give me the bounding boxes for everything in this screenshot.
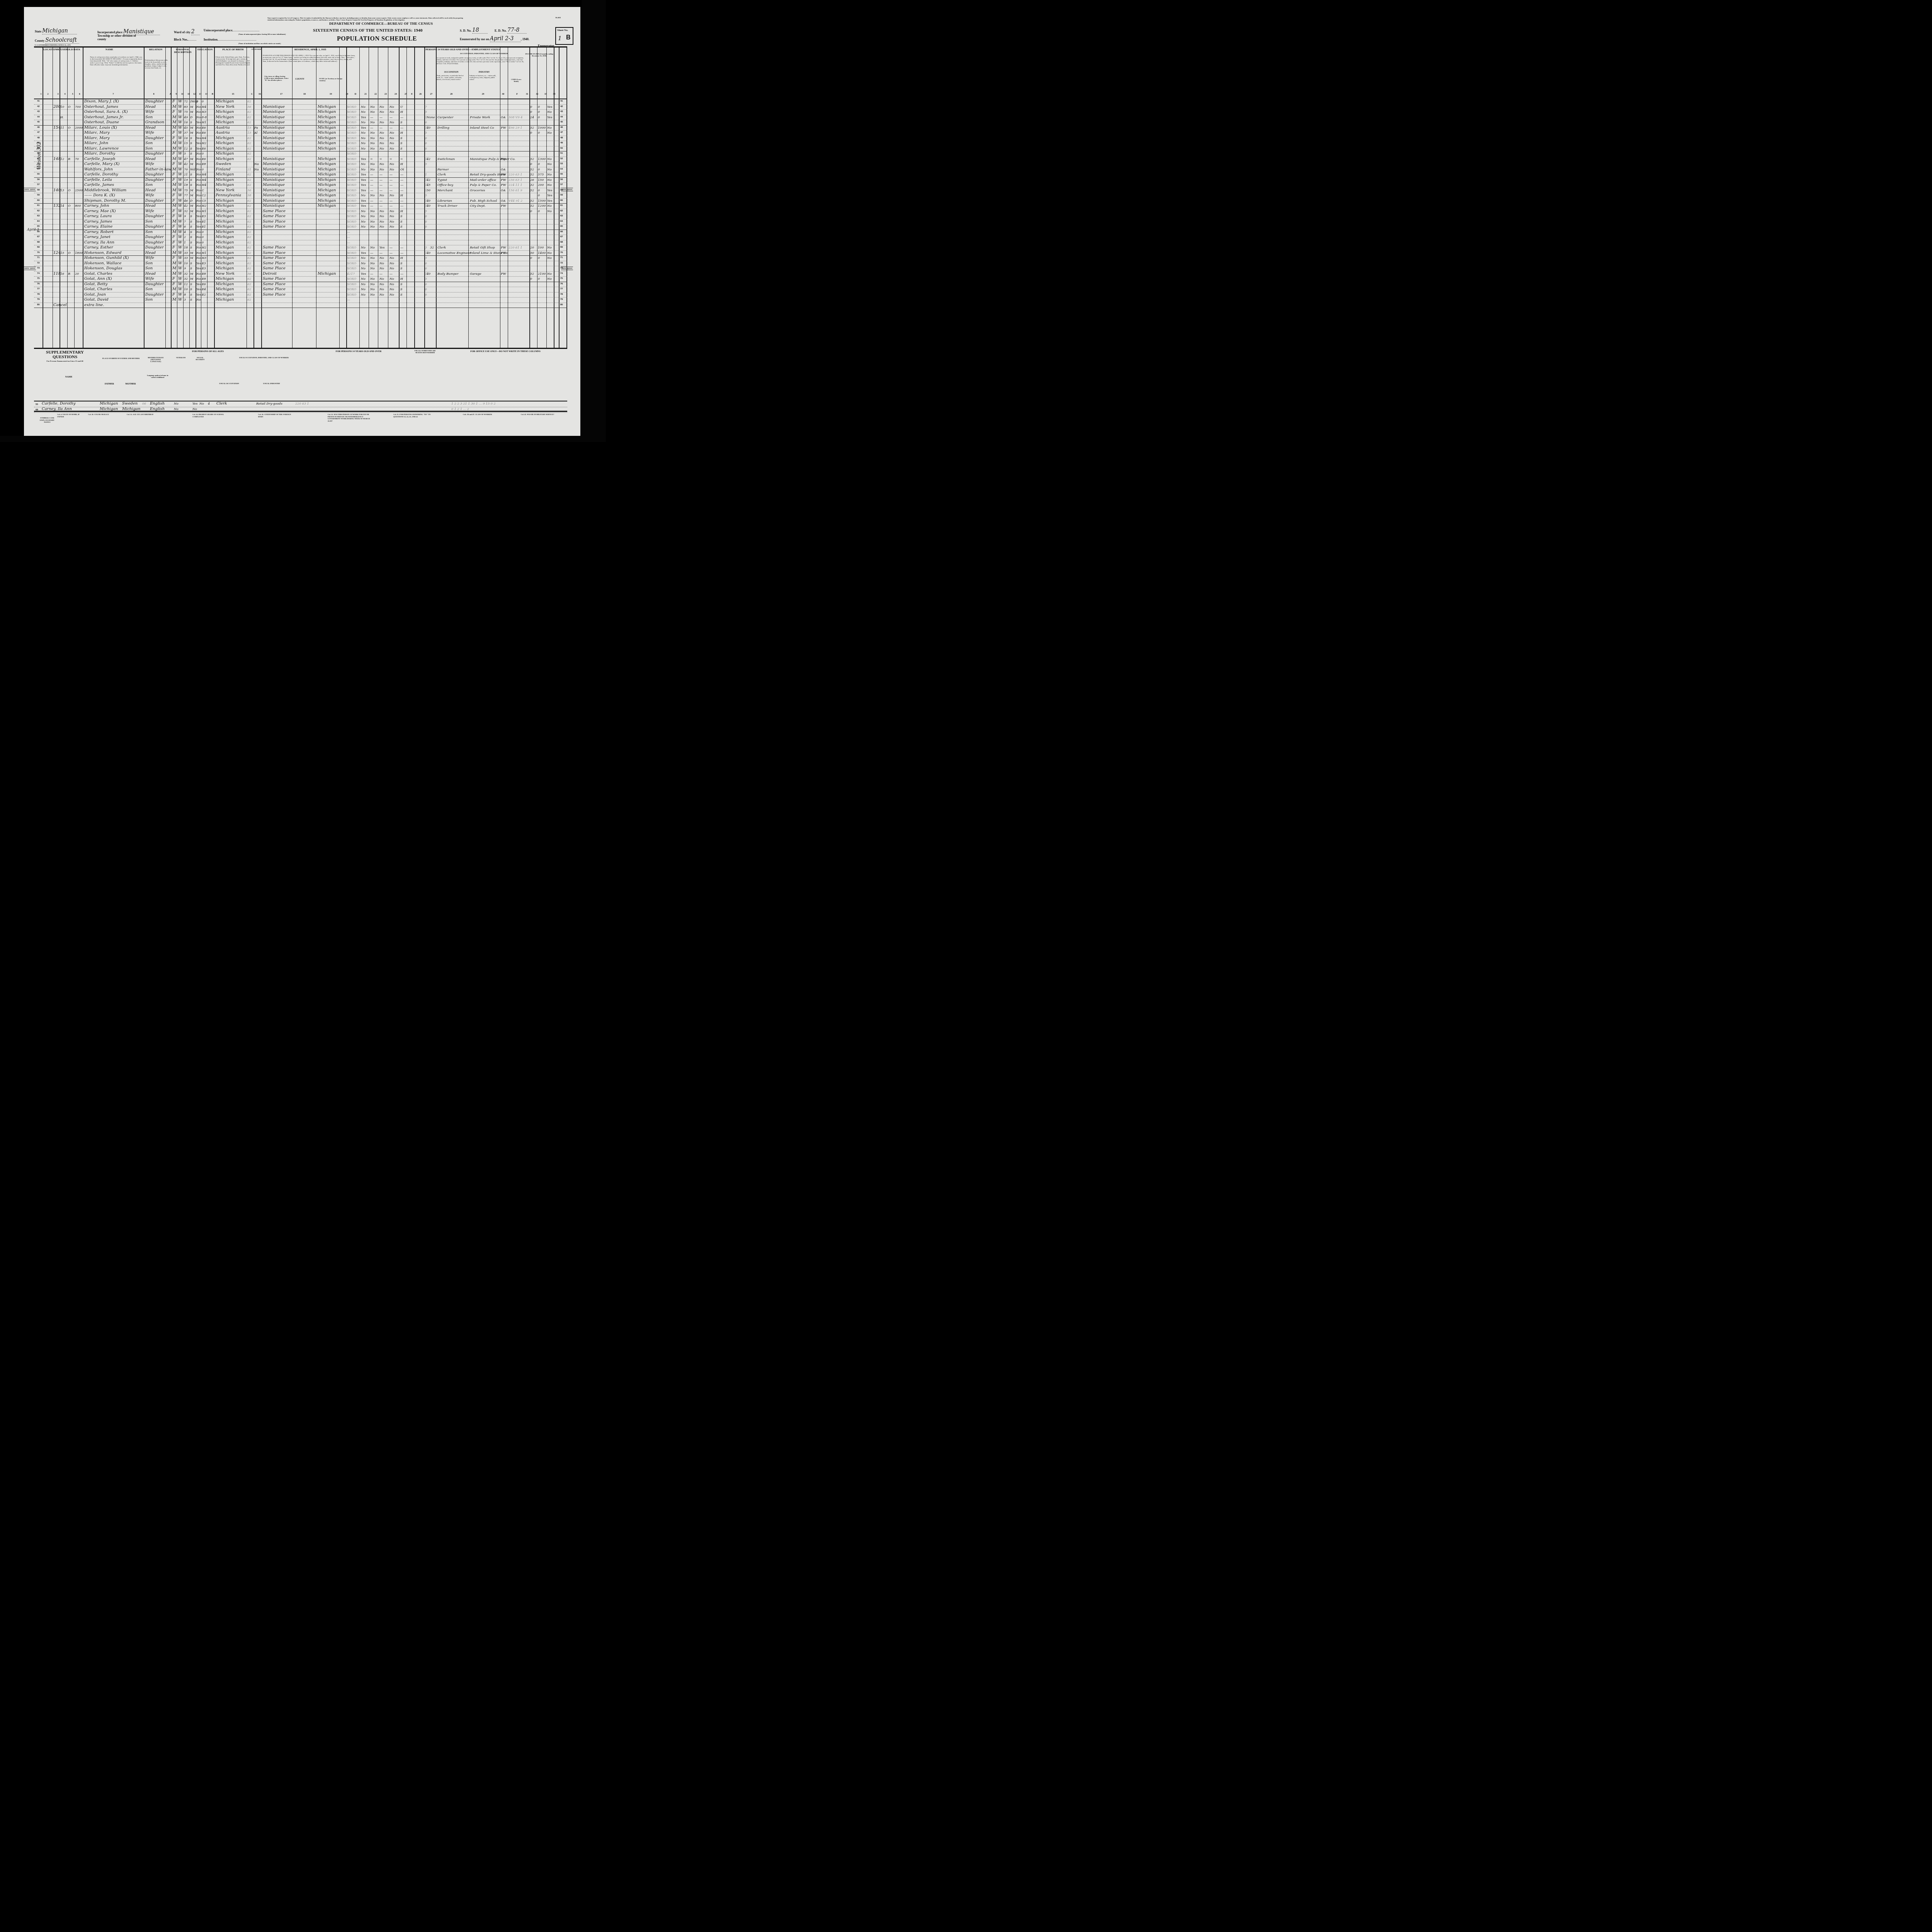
cell-marital: S <box>190 172 192 177</box>
cell-work-status: No <box>370 261 375 266</box>
cell-school: Yes <box>196 261 201 266</box>
table-row: 76Golat, BettyDaughterFW12SYesE6Michigan… <box>34 282 567 287</box>
cell-age: 10 <box>184 261 188 266</box>
cell-school: No <box>196 276 201 281</box>
cell-birthplace: Michigan <box>216 115 234 120</box>
population-table: LOCATION HOUSEHOLD DATA NAME RELATION PE… <box>34 46 567 308</box>
cell-res-city: Manistique <box>263 172 285 177</box>
cell-name: Wahlfors, John <box>84 167 113 172</box>
cell-line: 45 <box>37 120 40 125</box>
cell-work-status: No <box>379 193 384 198</box>
cell-other-income: No <box>547 250 552 255</box>
line-number-right: 60 <box>560 199 563 202</box>
cell-relation: Son <box>145 146 153 151</box>
cell-age: 75 <box>184 109 188 114</box>
cell-sex: F <box>172 162 175 167</box>
cell-grade: H3 <box>202 255 206 260</box>
cell-school: No <box>196 177 201 182</box>
supp-quest-marker-68: SUPPL. QUEST. <box>561 267 573 270</box>
cell-code-c: 62 <box>247 287 251 292</box>
cell-age: 72 <box>184 99 188 104</box>
cell-value: 20 <box>75 271 79 276</box>
cell-relation: Daughter <box>145 240 164 245</box>
cell-grade: E6 <box>202 125 206 130</box>
cell-work-status: No <box>389 167 394 172</box>
cell-res-code: XOXO <box>347 162 356 167</box>
cell-marital: S <box>190 297 192 302</box>
cell-birthplace: Sweden <box>216 162 231 167</box>
cell-res-city: Manistique <box>263 203 285 208</box>
cell-work-status: No <box>379 276 384 281</box>
cell-race: W <box>178 230 182 235</box>
cell-dwelling: 124 <box>53 250 61 255</box>
cell-work-status: — <box>389 188 393 193</box>
cell-class: PW <box>501 177 506 182</box>
cell-line: 70 <box>37 250 40 255</box>
cell-work-status: S <box>400 214 402 219</box>
cell-res-state: Michigan <box>318 203 336 208</box>
cell-code-c: 62 <box>247 198 251 203</box>
cell-name: Golat, Charles <box>84 287 112 292</box>
cell-marital: S <box>190 287 192 292</box>
cell-marital: S <box>190 120 192 125</box>
cell-name: Carney, Robert <box>84 230 114 235</box>
cell-name: Golat, David <box>84 297 109 302</box>
cell-family: 15 <box>60 250 64 255</box>
cell-owned: O <box>68 250 71 255</box>
cell-age: 77 <box>184 193 188 198</box>
sheet-number-box: Sheet No. 1 B <box>555 27 573 45</box>
cell-res-code: XOXO <box>347 292 356 297</box>
cell-res-code: XOXO <box>347 125 356 130</box>
line-number-right: 42 <box>560 105 563 108</box>
cell-work-status: No <box>361 245 366 250</box>
cell-res-state: Michigan <box>318 271 336 276</box>
cell-work-status: — <box>389 125 393 130</box>
cell-code-c: 62 <box>247 151 251 156</box>
cell-work-status: — <box>370 198 373 203</box>
table-row: 57Carfelle, JamesSonMW18SNoH4Michigan62M… <box>34 183 567 188</box>
cell-class: OA <box>501 167 505 172</box>
cell-school: 0 <box>196 99 198 104</box>
cell-work-status: No <box>361 292 366 297</box>
cell-grade: H2 <box>202 141 206 146</box>
cell-class: PW <box>501 245 506 250</box>
cell-relation: Daughter <box>145 198 164 203</box>
cell-occupation: Locomotive Engineer <box>437 250 471 255</box>
cell-res-code: XOXO <box>347 266 356 271</box>
cell-work-status: No <box>361 282 366 287</box>
table-row: 72Hokenson, WallaceSonMW10SYesE3Michigan… <box>34 261 567 267</box>
explanatory-notes: SYMBOLS AND EXPLANATORY NOTES Col. 4. VA… <box>34 411 567 435</box>
line-number-right: 67 <box>560 236 563 238</box>
cell-work-status: — <box>389 115 393 120</box>
cell-marital: M <box>190 125 193 130</box>
cell-work-status: No <box>361 266 366 271</box>
cell-work-status: No <box>389 109 394 114</box>
cell-line: 47 <box>37 130 40 135</box>
cell-birthplace: Michigan <box>216 224 234 229</box>
cell-birthplace: Michigan <box>216 177 234 182</box>
cell-grade: 0 <box>202 151 204 156</box>
county-value: Schoolcraft <box>45 37 79 44</box>
cell-citizenship: Al <box>254 130 257 135</box>
cell-birthplace: Michigan <box>216 240 234 245</box>
cell-other-income: No <box>547 130 552 135</box>
cell-code-c: 21 <box>247 167 251 172</box>
cell-work-status: S <box>400 266 402 271</box>
cell-work-status: — <box>370 271 373 276</box>
cell-birthplace: Michigan <box>216 287 234 292</box>
cell-other-income: Yes <box>547 115 552 120</box>
cell-school: Yes <box>196 146 201 151</box>
cell-weeks: 20 <box>530 245 534 250</box>
cell-birthplace: Austria <box>216 125 230 130</box>
cell-work-status: No <box>370 141 375 146</box>
cell-res-city: Manistique <box>263 177 285 182</box>
cell-hours: 40 <box>427 271 430 276</box>
cell-race: W <box>178 99 182 104</box>
table-rows: 41Dixon, Mary J. (X)DaughterFW72(Wd)00Mi… <box>34 99 567 308</box>
cell-grade: H4 <box>202 104 206 109</box>
cell-relation: Son <box>145 141 153 146</box>
cell-relation: Son <box>145 261 153 266</box>
cell-citizenship: Na <box>254 162 259 167</box>
cell-relation: Wife <box>145 162 154 167</box>
cell-code-f: 236 63 1 <box>509 177 522 182</box>
cell-work-status: No <box>361 167 366 172</box>
cell-birthplace: Michigan <box>216 156 234 162</box>
table-row: 48Milarc, MaryDaughterFW16SYesH4Michigan… <box>34 136 567 141</box>
cell-name: Carfelle, Joseph <box>84 156 116 162</box>
cell-work-status: — <box>389 177 393 182</box>
cell-code-c: 62 <box>247 240 251 245</box>
cell-class: PW <box>501 125 506 130</box>
cell-work-status: No <box>389 146 394 151</box>
cell-name: Hokenson, Wallace <box>84 261 121 266</box>
cell-res-code: XOXO <box>347 109 356 114</box>
cell-name: Milarc, Mary <box>84 130 110 135</box>
cell-res-code: XOXO <box>347 282 356 287</box>
line-number-right: 75 <box>560 277 563 280</box>
cell-res-code: XOXO <box>347 141 356 146</box>
cell-marital: S <box>190 266 192 271</box>
cell-sex: F <box>172 172 175 177</box>
cell-line: 68 <box>37 240 40 245</box>
cell-weeks: 0 <box>530 209 532 214</box>
cell-sex: F <box>172 240 175 245</box>
table-row: 59—— Dora K. (X)WifeFW77MNoC2Pennsylvani… <box>34 193 567 199</box>
cell-work-status: S <box>400 287 402 292</box>
cell-code-e: 6 <box>425 120 427 125</box>
cell-code-e: 5 <box>425 162 427 167</box>
table-row: 7411816R20Golat, CharlesHeadMW32MNoE8New… <box>34 272 567 277</box>
cell-code-c: 62 <box>247 177 251 182</box>
cell-code-e: 6 <box>425 266 427 271</box>
cell-birthplace: Michigan <box>216 255 234 260</box>
cell-name: Osterhout, James <box>84 104 118 109</box>
line-number-right: 44 <box>560 116 563 118</box>
cell-work-status: Yes <box>361 115 366 120</box>
cell-work-status: No <box>389 162 394 167</box>
cell-work-status: No <box>389 120 394 125</box>
cell-race: W <box>178 261 182 266</box>
cell-work-status: S <box>400 292 402 297</box>
cell-name: —— Dora K. (X) <box>84 193 115 198</box>
cell-code-c: 62 <box>247 203 251 208</box>
cell-name: Carney, Mae (X) <box>84 209 116 214</box>
ed-field: E. D. No. 77-8 <box>495 27 527 34</box>
cell-work-status: No <box>379 109 384 114</box>
table-row: 47Milarc, MaryWifeFW37MNoE6Austria15AlMa… <box>34 131 567 136</box>
cell-name: Carfelle, Leila <box>84 177 112 182</box>
cell-work-status: No <box>370 245 375 250</box>
cell-relation: Wife <box>145 193 154 198</box>
cell-work-status: — <box>400 125 403 130</box>
cell-code-c: 62 <box>247 214 251 219</box>
cell-school: Yes <box>196 282 201 287</box>
cell-occupation: Drilling <box>437 125 449 130</box>
line-number-right: 49 <box>560 142 563 144</box>
cell-grade: 0 <box>202 99 204 104</box>
cell-other-income: No <box>547 276 552 281</box>
cell-race: W <box>178 255 182 260</box>
cell-occupation: Truck Driver <box>437 203 457 208</box>
cell-weeks: 0 <box>530 104 532 109</box>
cell-work-status: No <box>370 146 375 151</box>
cell-marital: S <box>190 235 192 240</box>
cell-birthplace: Michigan <box>216 182 234 187</box>
cell-weeks: 32 <box>530 182 534 187</box>
cell-weeks: 52 <box>530 188 534 193</box>
cell-race: W <box>178 177 182 182</box>
cell-work-status: No <box>370 224 375 229</box>
cell-relation: Daughter <box>145 214 164 219</box>
cell-relation: Son <box>145 230 153 235</box>
cell-work-status: S <box>400 261 402 266</box>
cell-res-code: XOXO <box>347 224 356 229</box>
cell-line: 63 <box>37 214 40 219</box>
cell-relation: Wife <box>145 209 154 214</box>
cell-age: 5 <box>184 151 186 156</box>
cell-line: 67 <box>37 235 40 240</box>
cell-grade: H4 <box>202 172 206 177</box>
cell-res-city: Manistique <box>263 120 285 125</box>
table-row: 79Golat, DavidSonMW3SNoMichigan62—79 <box>34 298 567 303</box>
supp-quest-marker-left-55: SUPPL. QUEST. <box>24 188 36 191</box>
cell-grade: H1 <box>202 209 206 214</box>
cell-birthplace: Michigan <box>216 151 234 156</box>
cell-birthplace: Michigan <box>216 141 234 146</box>
cell-work-status: No <box>361 287 366 292</box>
cell-school: Yes <box>196 141 201 146</box>
line-number-right: 61 <box>560 204 563 207</box>
cell-weeks: 50 <box>530 250 534 255</box>
cell-marital: S <box>190 146 192 151</box>
cell-wages: 1400 <box>538 250 546 255</box>
cell-code-f: 220 63 1 <box>509 172 522 177</box>
cell-work-status: No <box>361 276 366 281</box>
cell-school: No <box>196 209 201 214</box>
cell-hours: 40 <box>427 125 430 130</box>
cell-work-status: — <box>389 172 393 177</box>
cell-sex: M <box>172 287 176 292</box>
cell-res-state: Michigan <box>318 182 336 187</box>
cell-res-city: Manistique <box>263 130 285 135</box>
cell-school: Yes <box>196 120 201 125</box>
cell-industry: Groceries <box>470 188 485 193</box>
cell-work-status: No <box>370 292 375 297</box>
form-number: 16-602 <box>555 17 561 19</box>
cell-marital: M <box>190 130 193 135</box>
cell-school: No <box>196 250 201 255</box>
cell-work-status: No <box>379 104 384 109</box>
cell-work-status: No <box>370 104 375 109</box>
cell-relation: Head <box>145 125 156 130</box>
cell-grade: E8 <box>202 276 206 281</box>
cell-work-status: H <box>400 209 403 214</box>
cell-work-status: No <box>389 136 394 141</box>
table-row: 63Carney, LauraDaughterFW9SYesE3Michigan… <box>34 214 567 219</box>
cell-school: No <box>196 125 201 130</box>
cell-res-code: XOXO <box>347 250 356 255</box>
cell-code-c: 62 <box>247 146 251 151</box>
cell-school: No <box>196 271 201 276</box>
cell-res-state: Michigan <box>318 162 336 167</box>
table-row: 62Carney, Mae (X)WifeFW32MNoH1Michigan62… <box>34 209 567 214</box>
cell-line: 72 <box>37 261 40 266</box>
cell-other-income: No <box>547 182 552 187</box>
cell-grade: H4 <box>202 182 206 187</box>
cell-res-state: Michigan <box>318 177 336 182</box>
cell-code-c: 62 <box>247 224 251 229</box>
cell-res-state: Michigan <box>318 146 336 151</box>
cell-other-income: No <box>547 271 552 276</box>
line-number-right: 70 <box>560 252 563 254</box>
cell-work-status: Yes <box>361 172 366 177</box>
cell-code-c: 62 <box>247 292 251 297</box>
cell-name: Shipman, Dorothy M. <box>84 198 126 203</box>
cell-value: 2000 <box>75 125 83 130</box>
cell-race: W <box>178 146 182 151</box>
cell-school: Yes <box>196 287 201 292</box>
cell-race: W <box>178 104 182 109</box>
cell-birthplace: Michigan <box>216 146 234 151</box>
margin-vertical-note: Weston 302 <box>36 142 42 169</box>
cell-work-status: No <box>370 209 375 214</box>
cell-owned: R <box>68 156 70 162</box>
cell-birthplace: Michigan <box>216 261 234 266</box>
cell-code-c: 62 <box>247 250 251 255</box>
cell-relation: Daughter <box>145 151 164 156</box>
cell-marital: S <box>190 182 192 187</box>
cell-marital: M <box>190 250 193 255</box>
line-number-right: 41 <box>560 100 563 102</box>
cell-res-code: XOXO <box>347 177 356 182</box>
cell-line: 56 <box>37 177 40 182</box>
sheet-number: 1 <box>558 35 562 42</box>
table-row: 49Milarc, JohnSonMW15SYesH2Michigan62Man… <box>34 141 567 146</box>
cell-family: 13 <box>60 188 64 193</box>
cell-wages: 0 <box>538 255 540 260</box>
cell-marital: S <box>190 177 192 182</box>
cell-race: W <box>178 250 182 255</box>
cell-age: 18 <box>184 245 188 250</box>
cell-relation: Daughter <box>145 172 164 177</box>
cell-code-f: 308 V9 4 <box>509 115 522 120</box>
cell-work-status: — <box>379 177 383 182</box>
cell-grade: H1 <box>202 250 206 255</box>
block-field: Block Nos. <box>174 38 196 41</box>
cell-marital: M <box>190 209 193 214</box>
cell-name: Milarc, Louis (X) <box>84 125 117 130</box>
cell-other-income: No <box>547 167 552 172</box>
cell-industry: Pub. High School <box>470 198 497 203</box>
cell-work-status: No <box>361 120 366 125</box>
cell-work-status: — <box>389 182 393 187</box>
cell-weeks: 0 <box>530 162 532 167</box>
cell-name: Golat, Charles <box>84 271 112 276</box>
cell-marital: M <box>190 104 193 109</box>
line-number-right: 50 <box>560 147 563 150</box>
cell-res-code: XOXO <box>347 255 356 260</box>
cell-class: OA <box>501 198 505 203</box>
cell-res-city: Manistique <box>263 182 285 187</box>
line-number-right: 80 <box>560 304 563 306</box>
cell-citizenship: Pa <box>254 125 258 130</box>
cell-age: 70 <box>184 167 188 172</box>
cell-sex: M <box>172 182 176 187</box>
cell-race: W <box>178 224 182 229</box>
cell-grade: C2 <box>202 193 206 198</box>
cell-marital: D <box>190 115 192 120</box>
table-row: 6113214O800Carney, JohnHeadMW42MNoH2Mich… <box>34 204 567 209</box>
cell-res-code: XOXO <box>347 203 356 208</box>
cell-other-income: No <box>547 255 552 260</box>
cell-wages: 2100 <box>538 271 546 276</box>
cell-school: No <box>196 172 201 177</box>
cell-wages: 1500 <box>538 198 546 203</box>
ed-value: 77-8 <box>507 27 527 34</box>
cell-work-status: — <box>379 250 383 255</box>
cell-value: 2500 <box>75 188 83 193</box>
cell-relation: Son <box>145 266 153 271</box>
cell-sex: M <box>172 297 176 302</box>
cell-race: W <box>178 193 182 198</box>
cell-race: W <box>178 125 182 130</box>
cell-code-c: 62 <box>247 99 251 104</box>
cell-age: 19 <box>184 177 188 182</box>
table-row: 51Milarc, DorothyDaughterFW5SNo0Michigan… <box>34 151 567 157</box>
supp-quest-marker-left-68: SUPPL. QUEST. <box>24 267 36 270</box>
cell-name: Carfelle, James <box>84 182 114 187</box>
line-number-right: 66 <box>560 231 563 233</box>
cell-work-status: No <box>361 255 366 260</box>
cell-sex: M <box>172 146 176 151</box>
cell-work-status: — <box>379 198 383 203</box>
cell-age: 75 <box>184 188 188 193</box>
cell-hours: 40 <box>427 250 430 255</box>
cell-work-status: No <box>370 255 375 260</box>
cell-line: 46 <box>37 125 40 130</box>
cell-value: 700 <box>75 104 81 109</box>
cell-res-city: Manistique <box>263 167 285 172</box>
cell-other-income: No <box>547 109 552 114</box>
cell-res-code: XOXO <box>347 167 356 172</box>
sheet-side: B <box>566 34 571 41</box>
cell-work-status: — <box>370 182 373 187</box>
cell-res-code: XOXO <box>347 146 356 151</box>
